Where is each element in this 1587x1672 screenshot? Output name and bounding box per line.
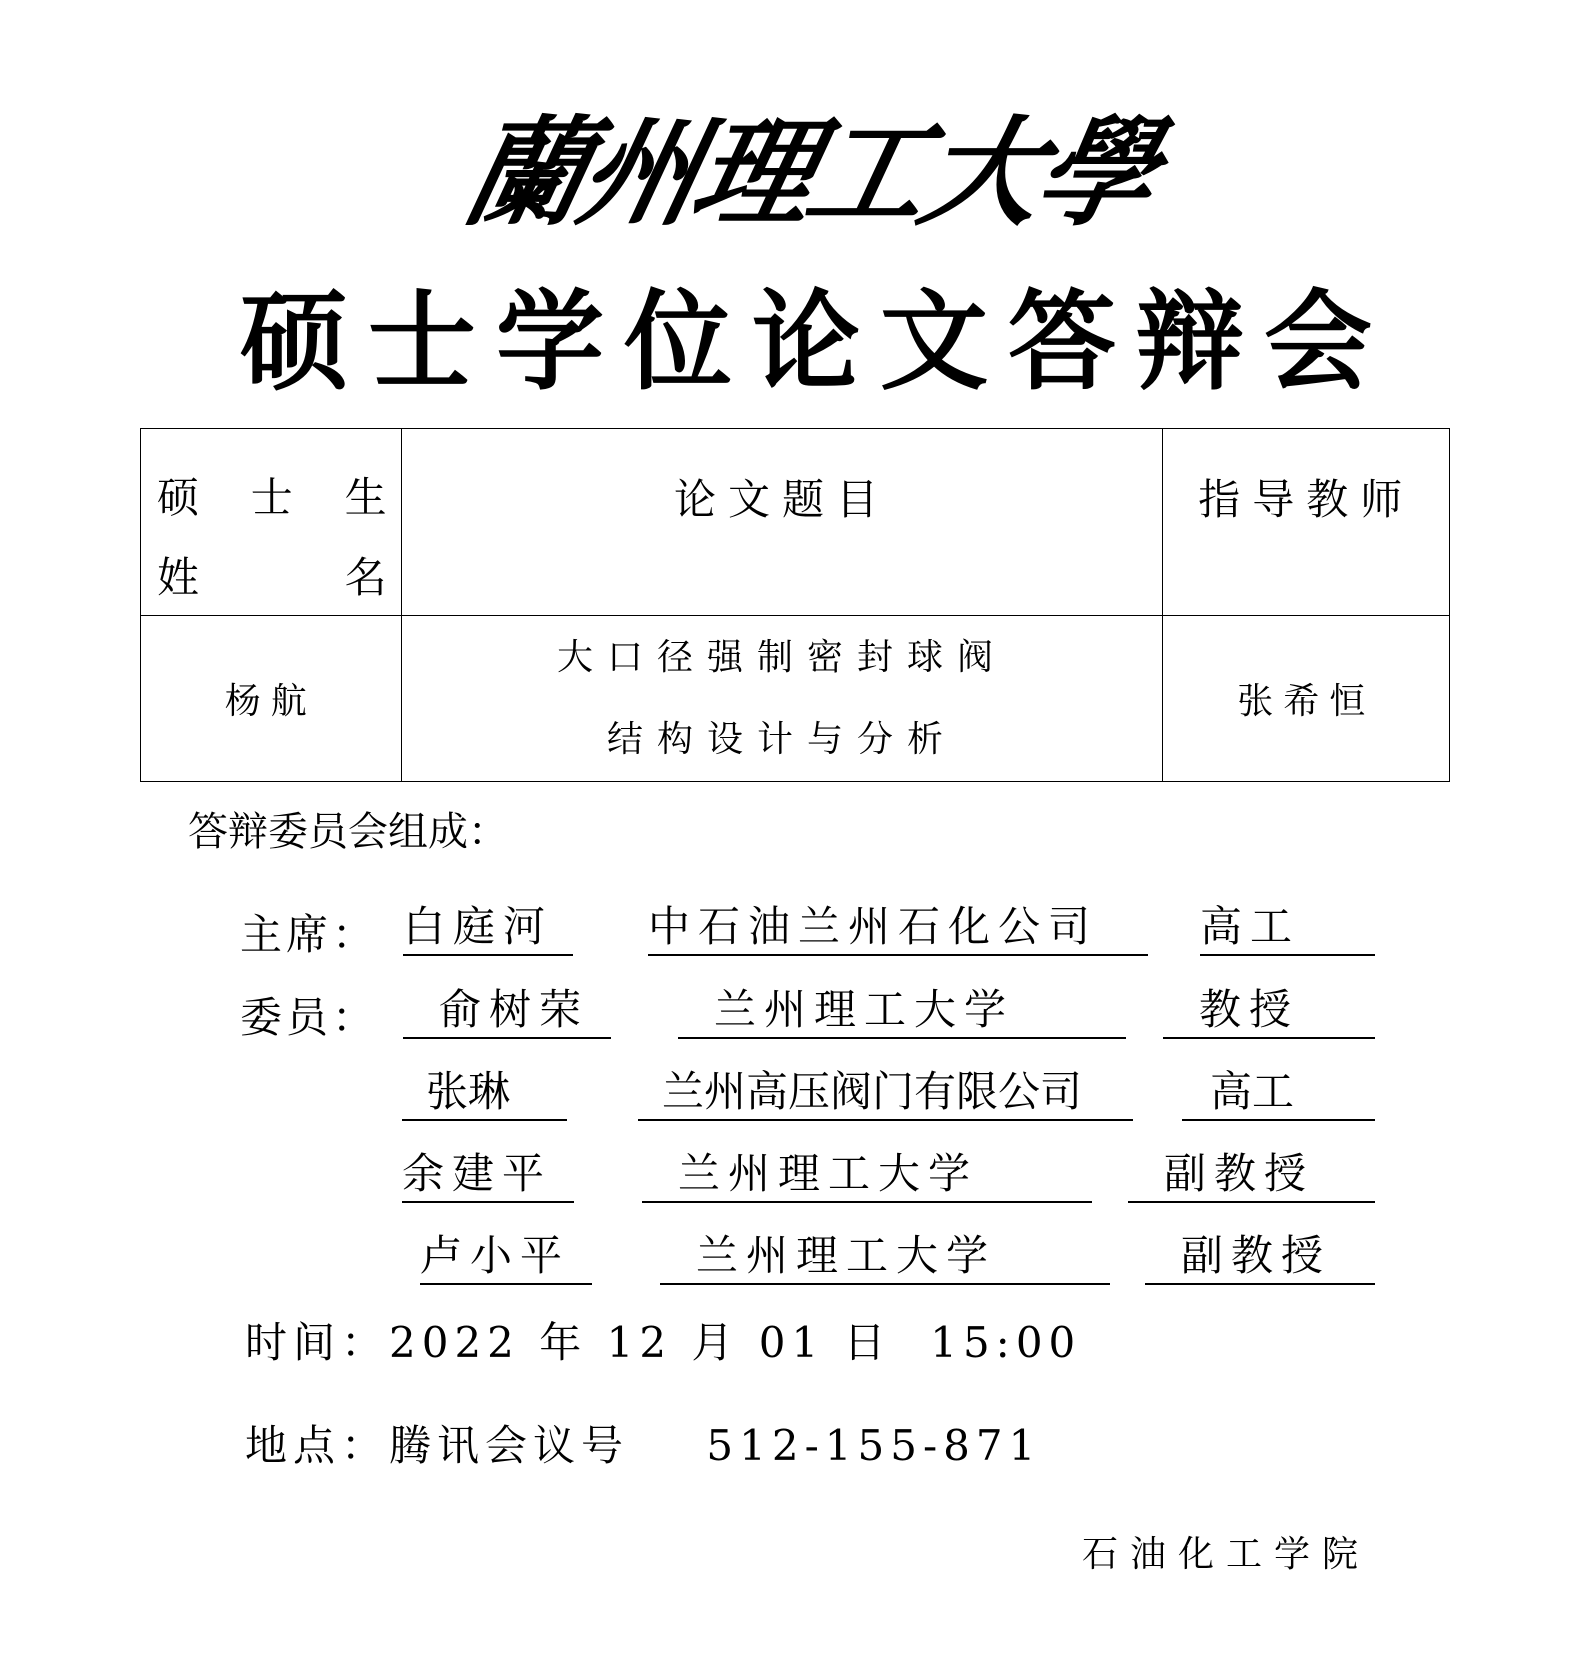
thesis-title-line1: 大口径强制密封球阀 — [557, 617, 1007, 699]
header-thesis-title: 论文题目 — [401, 429, 1163, 616]
member-title: 副教授 — [1128, 1149, 1375, 1203]
header-char: 姓 — [157, 545, 199, 605]
member-label: 委员： — [240, 985, 378, 1045]
time-value: 2022 年 12 月 01 日 15:00 — [389, 1318, 1081, 1367]
member-org: 兰州高压阀门有限公司 — [638, 1067, 1133, 1121]
member-org: 兰州理工大学 — [660, 1231, 1110, 1285]
organizer: 石油化工学院 — [1082, 1526, 1370, 1577]
member-name: 卢小平 — [420, 1231, 592, 1285]
chair-title: 高工 — [1200, 902, 1375, 956]
chair-label: 主席： — [240, 902, 378, 962]
place-label: 地点： — [245, 1421, 389, 1470]
cell-advisor: 张希恒 — [1163, 616, 1450, 782]
place-line: 地点：腾讯会议号 512-155-871 — [245, 1413, 1041, 1473]
header-student-name: 硕 士 生 姓 名 — [141, 429, 402, 616]
member-name: 俞树荣 — [403, 985, 611, 1039]
cell-student: 杨航 — [141, 616, 402, 782]
member-title: 教授 — [1163, 985, 1375, 1039]
committee-heading: 答辩委员会组成： — [188, 800, 508, 857]
member-title: 副教授 — [1145, 1231, 1375, 1285]
member-name: 张琳 — [402, 1067, 567, 1121]
header-char: 名 — [345, 545, 387, 605]
time-label: 时间： — [245, 1318, 389, 1367]
header-char: 硕 — [157, 465, 199, 525]
university-logo: 蘭 州 理 工 大 學 — [454, 88, 1126, 238]
chair-org: 中石油兰州石化公司 — [648, 902, 1148, 956]
chair-name: 白庭河 — [403, 902, 573, 956]
member-name: 余建平 — [402, 1149, 574, 1203]
table-header-row: 硕 士 生 姓 名 论文题目 指导教师 — [141, 429, 1450, 616]
time-line: 时间：2022 年 12 月 01 日 15:00 — [245, 1310, 1081, 1370]
thesis-info-table: 硕 士 生 姓 名 论文题目 指导教师 杨航 大口径强制密封球阀 结构设计与分 — [140, 428, 1450, 782]
header-char: 士 — [251, 465, 293, 525]
header-advisor: 指导教师 — [1163, 429, 1450, 616]
member-org: 兰州理工大学 — [642, 1149, 1092, 1203]
cell-thesis-title: 大口径强制密封球阀 结构设计与分析 — [401, 616, 1163, 782]
thesis-title-line2: 结构设计与分析 — [607, 699, 957, 781]
table-row: 杨航 大口径强制密封球阀 结构设计与分析 张希恒 — [141, 616, 1450, 782]
member-title: 高工 — [1182, 1067, 1375, 1121]
header-char: 生 — [345, 465, 387, 525]
page-title: 硕士学位论文答辩会 — [240, 282, 1350, 402]
place-value: 腾讯会议号 512-155-871 — [389, 1421, 1041, 1470]
member-org: 兰州理工大学 — [678, 985, 1126, 1039]
